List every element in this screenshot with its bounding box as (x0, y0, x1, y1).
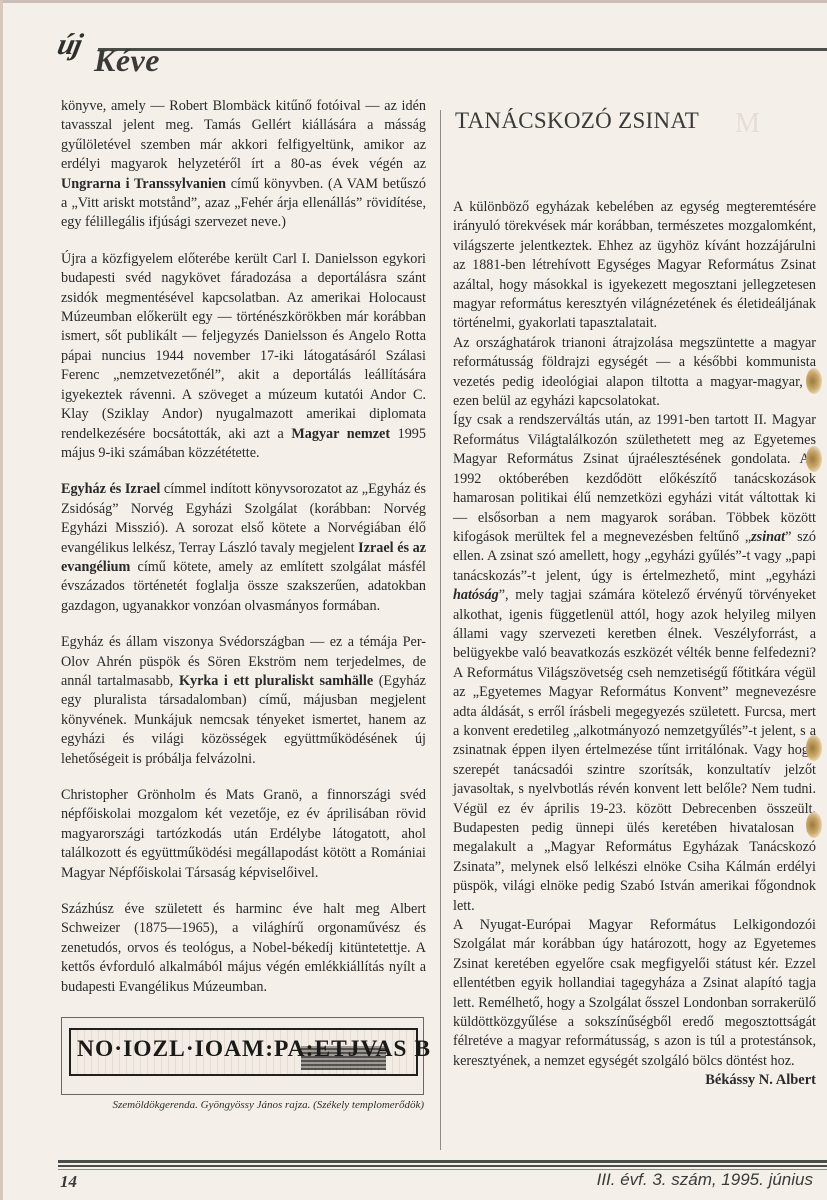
lintel-inscription: NO·IOZL·IOAM:PA:ETJVAS B (77, 1036, 431, 1062)
paragraph-1: könyve, amely — Robert Blombäck kitűnő f… (61, 97, 426, 233)
issue-info: III. évf. 3. szám, 1995. június (597, 1170, 813, 1190)
masthead-uj: új (54, 28, 84, 62)
newspaper-title: Magyar nemzet (291, 426, 390, 442)
lintel-illustration: NO·IOZL·IOAM:PA:ETJVAS B (61, 1017, 424, 1095)
masthead-rule (98, 48, 827, 51)
footer-rule (58, 1165, 827, 1167)
article-paragraph-4: A Nyugat-Európai Magyar Református Lelki… (453, 916, 816, 1071)
right-column: TANÁCSKOZÓ ZSINAT A különböző egyházak k… (453, 100, 816, 1089)
book-title: Kyrka i ett pluraliskt samhälle (179, 673, 373, 689)
author-signature: Békássy N. Albert (453, 1072, 816, 1089)
column-divider (440, 110, 441, 1150)
figure-caption: Szemöldökgerenda. Gyöngyössy János rajza… (61, 1099, 424, 1111)
article-title: TANÁCSKOZÓ ZSINAT (455, 108, 816, 198)
masthead: új Kéve (58, 28, 827, 88)
article-paragraph-1: A különböző egyházak kebelében az egység… (453, 198, 816, 334)
paragraph-6: Százhúsz éve született és harminc éve ha… (61, 900, 426, 997)
text: Újra a közfigyelem előterébe került Carl… (61, 251, 426, 442)
footer-rule (58, 1160, 827, 1163)
paragraph-4: Egyház és állam viszonya Svédországban —… (61, 633, 426, 769)
text: könyve, amely — Robert Blombäck kitűnő f… (61, 98, 426, 172)
page-left-edge (0, 0, 3, 1200)
paragraph-5: Christopher Grönholm és Mats Granö, a fi… (61, 786, 426, 883)
page-top-edge (0, 0, 827, 3)
paragraph-2: Újra a közfigyelem előterébe került Carl… (61, 250, 426, 463)
emphasis-hatosag: hatóság (453, 587, 499, 603)
text: ”, mely tagjai számára kötelező érvényű … (453, 587, 816, 914)
page-number: 14 (60, 1172, 77, 1192)
article-paragraph-2: Az országhatárok trianoni átrajzolása me… (453, 334, 816, 412)
text: Így csak a rendszerváltás után, az 1991-… (453, 412, 816, 544)
binder-hole (806, 368, 822, 394)
left-column: könyve, amely — Robert Blombäck kitűnő f… (61, 97, 426, 1014)
lintel-beam: NO·IOZL·IOAM:PA:ETJVAS B (69, 1028, 418, 1076)
article-paragraph-3: Így csak a rendszerváltás után, az 1991-… (453, 411, 816, 916)
masthead-title: Kéve (94, 42, 160, 79)
series-title: Egyház és Izrael (61, 481, 160, 497)
emphasis-zsinat: zsinat (751, 529, 785, 545)
binder-hole (806, 735, 822, 761)
binder-hole (806, 446, 822, 472)
book-title: Ungrarna i Transsylvanien (61, 176, 226, 192)
paragraph-3: Egyház és Izrael címmel indított könyvso… (61, 480, 426, 616)
binder-hole (806, 812, 822, 838)
